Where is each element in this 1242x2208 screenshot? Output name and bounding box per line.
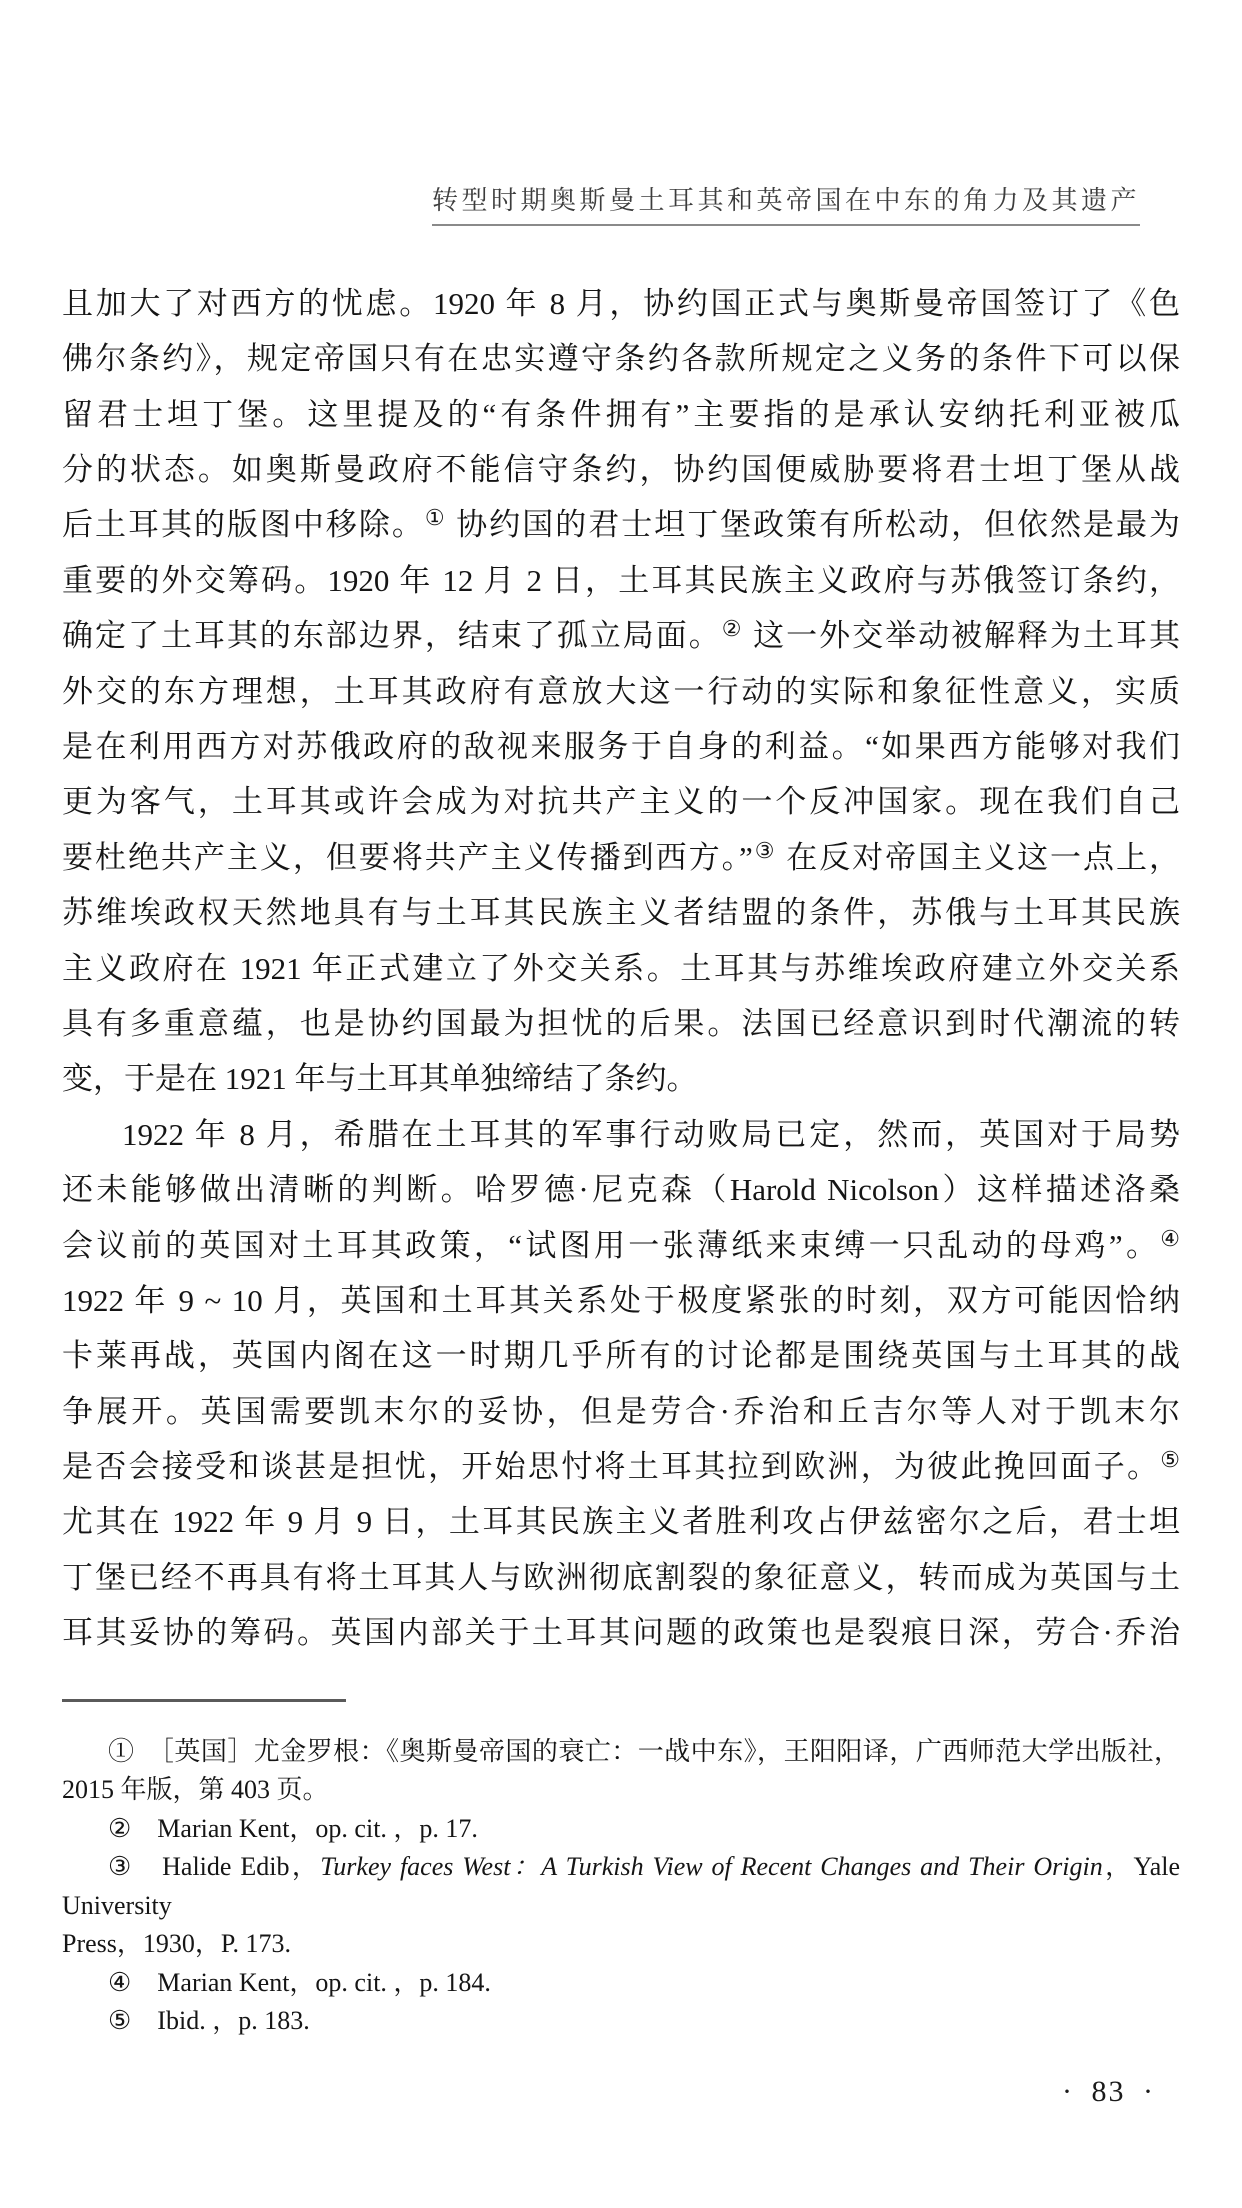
body-line: 且加大了对西方的忧虑。1920 年 8 月，协约国正式与奥斯曼帝国签订了《色 bbox=[62, 276, 1180, 331]
footnote-text: ③ Halide Edib， bbox=[108, 1852, 320, 1881]
body-line: 分的状态。如奥斯曼政府不能信守条约，协约国便威胁要将君士坦丁堡从战 bbox=[62, 442, 1180, 497]
body-line: 是在利用西方对苏俄政府的敌视来服务于自身的利益。“如果西方能够对我们 bbox=[62, 719, 1180, 774]
body-line: 卡莱再战，英国内阁在这一时期几乎所有的讨论都是围绕英国与土耳其的战 bbox=[62, 1328, 1180, 1383]
body-line: 1922 年 8 月，希腊在土耳其的军事行动败局已定，然而，英国对于局势 bbox=[62, 1107, 1180, 1162]
body-line: 争展开。英国需要凯末尔的妥协，但是劳合·乔治和丘吉尔等人对于凯末尔 bbox=[62, 1384, 1180, 1439]
footnote-text: Press，1930，P. 173. bbox=[62, 1929, 291, 1958]
body-line: 会议前的英国对土耳其政策，“试图用一张薄纸来束缚一只乱动的母鸡”。④ bbox=[62, 1218, 1180, 1273]
footnote-line: ② Marian Kent，op. cit. ，p. 17. bbox=[62, 1810, 1180, 1849]
footnote-ref: ② bbox=[722, 616, 744, 641]
running-header-row: 转型时期奥斯曼土耳其和英帝国在中东的角力及其遗产 bbox=[0, 0, 1242, 226]
footnote-text: ⑤ Ibid. ，p. 183. bbox=[108, 2006, 310, 2035]
page-number: · 83 · bbox=[0, 2075, 1242, 2109]
body-line: 丁堡已经不再具有将土耳其人与欧洲彻底割裂的象征意义，转而成为英国与土 bbox=[62, 1550, 1180, 1605]
body-line: 苏维埃政权天然地具有与土耳其民族主义者结盟的条件，苏俄与土耳其民族 bbox=[62, 885, 1180, 940]
body-line: 外交的东方理想，土耳其政府有意放大这一行动的实际和象征性意义，实质 bbox=[62, 664, 1180, 719]
body-line: 变，于是在 1921 年与土耳其单独缔结了条约。 bbox=[62, 1051, 1180, 1106]
footnote-ref: ⑤ bbox=[1160, 1447, 1180, 1472]
body-line: 主义政府在 1921 年正式建立了外交关系。土耳其与苏维埃政府建立外交关系 bbox=[62, 941, 1180, 996]
body-line: 重要的外交筹码。1920 年 12 月 2 日，土耳其民族主义政府与苏俄签订条约… bbox=[62, 553, 1180, 608]
footnote-line: 2015 年版，第 403 页。 bbox=[62, 1771, 1180, 1810]
body-line: 留君士坦丁堡。这里提及的“有条件拥有”主要指的是承认安纳托利亚被瓜 bbox=[62, 387, 1180, 442]
body-line: 后土耳其的版图中移除。① 协约国的君士坦丁堡政策有所松动，但依然是最为 bbox=[62, 497, 1180, 552]
body-line: 佛尔条约》，规定帝国只有在忠实遵守条约各款所规定之义务的条件下可以保 bbox=[62, 331, 1180, 386]
body-text: 且加大了对西方的忧虑。1920 年 8 月，协约国正式与奥斯曼帝国签订了《色佛尔… bbox=[62, 276, 1180, 1661]
footnote-ref: ① bbox=[425, 505, 447, 530]
running-header-title: 转型时期奥斯曼土耳其和英帝国在中东的角力及其遗产 bbox=[432, 186, 1140, 226]
body-line: 具有多重意蕴，也是协约国最为担忧的后果。法国已经意识到时代潮流的转 bbox=[62, 996, 1180, 1051]
book-page: 转型时期奥斯曼土耳其和英帝国在中东的角力及其遗产 且加大了对西方的忧虑。1920… bbox=[0, 0, 1242, 2208]
footnote-ref: ④ bbox=[1160, 1226, 1180, 1251]
body-line: 尤其在 1922 年 9 月 9 日，土耳其民族主义者胜利攻占伊兹密尔之后，君士… bbox=[62, 1494, 1180, 1549]
footnote-line: ⑤ Ibid. ，p. 183. bbox=[62, 2002, 1180, 2041]
footnotes-block: ① ［英国］尤金罗根：《奥斯曼帝国的衰亡：一战中东》，王阳阳译，广西师范大学出版… bbox=[62, 1733, 1180, 2041]
body-line: 是否会接受和谈甚是担忧，开始思忖将土耳其拉到欧洲，为彼此挽回面子。⑤ bbox=[62, 1439, 1180, 1494]
footnote-text: ② Marian Kent，op. cit. ，p. 17. bbox=[108, 1814, 478, 1843]
footnote-text: ① ［英国］尤金罗根：《奥斯曼帝国的衰亡：一战中东》，王阳阳译，广西师范大学出版… bbox=[108, 1737, 1180, 1766]
footnote-line: ③ Halide Edib，Turkey faces West：A Turkis… bbox=[62, 1848, 1180, 1925]
footnote-ref: ③ bbox=[753, 838, 777, 863]
footnote-separator-rule bbox=[62, 1699, 346, 1702]
footnote-text: ④ Marian Kent，op. cit. ，p. 184. bbox=[108, 1968, 491, 1997]
footnote-line: ④ Marian Kent，op. cit. ，p. 184. bbox=[62, 1964, 1180, 2003]
footnote-line: Press，1930，P. 173. bbox=[62, 1925, 1180, 1964]
body-line: 耳其妥协的筹码。英国内部关于土耳其问题的政策也是裂痕日深，劳合·乔治 bbox=[62, 1605, 1180, 1660]
body-line: 更为客气，土耳其或许会成为对抗共产主义的一个反冲国家。现在我们自己 bbox=[62, 774, 1180, 829]
body-line: 要杜绝共产主义，但要将共产主义传播到西方。”③ 在反对帝国主义这一点上， bbox=[62, 830, 1180, 885]
footnote-text: 2015 年版，第 403 页。 bbox=[62, 1775, 329, 1804]
body-line: 1922 年 9 ~ 10 月，英国和土耳其关系处于极度紧张的时刻，双方可能因恰… bbox=[62, 1273, 1180, 1328]
body-line: 确定了土耳其的东部边界，结束了孤立局面。② 这一外交举动被解释为土耳其 bbox=[62, 608, 1180, 663]
footnote-book-title: Turkey faces West：A Turkish View of Rece… bbox=[320, 1852, 1102, 1881]
footnote-line: ① ［英国］尤金罗根：《奥斯曼帝国的衰亡：一战中东》，王阳阳译，广西师范大学出版… bbox=[62, 1733, 1180, 1772]
body-line: 还未能够做出清晰的判断。哈罗德·尼克森（Harold Nicolson）这样描述… bbox=[62, 1162, 1180, 1217]
